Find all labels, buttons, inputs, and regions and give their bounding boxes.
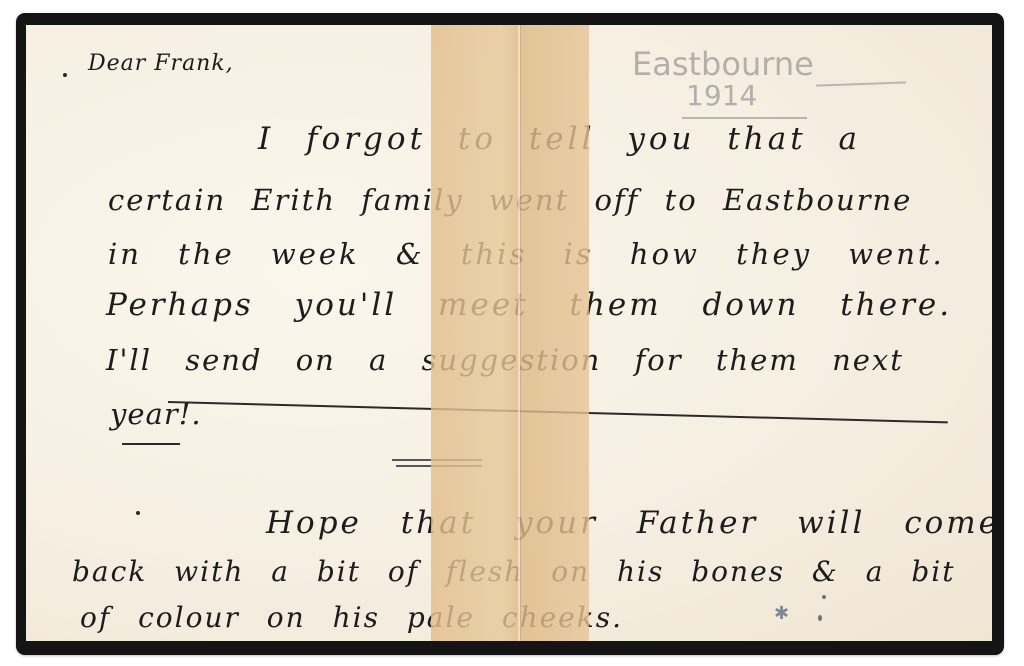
ink-dot [136,511,140,515]
ink-dot [822,595,826,599]
salutation: Dear Frank, [88,51,234,76]
fold-crease [518,25,520,641]
pencil-annotation-year: 1914 [686,79,757,112]
pencil-annotation-place: Eastbourne [632,45,814,83]
underline-year [122,443,180,445]
ink-dot [818,615,822,621]
letter-line-7: Hope that your Father will come [266,505,992,541]
letter-card: Eastbourne 1914 Dear Frank, I forgot to … [16,13,1004,655]
pencil-annotation-underline [682,117,807,119]
letter-paper: Eastbourne 1914 Dear Frank, I forgot to … [26,25,992,641]
letter-line-6: year!. [110,397,202,431]
ink-blot: ✱ [774,603,789,624]
ink-dot [63,73,67,77]
pencil-annotation-flourish [816,81,906,86]
repair-tape-strip [431,25,589,641]
